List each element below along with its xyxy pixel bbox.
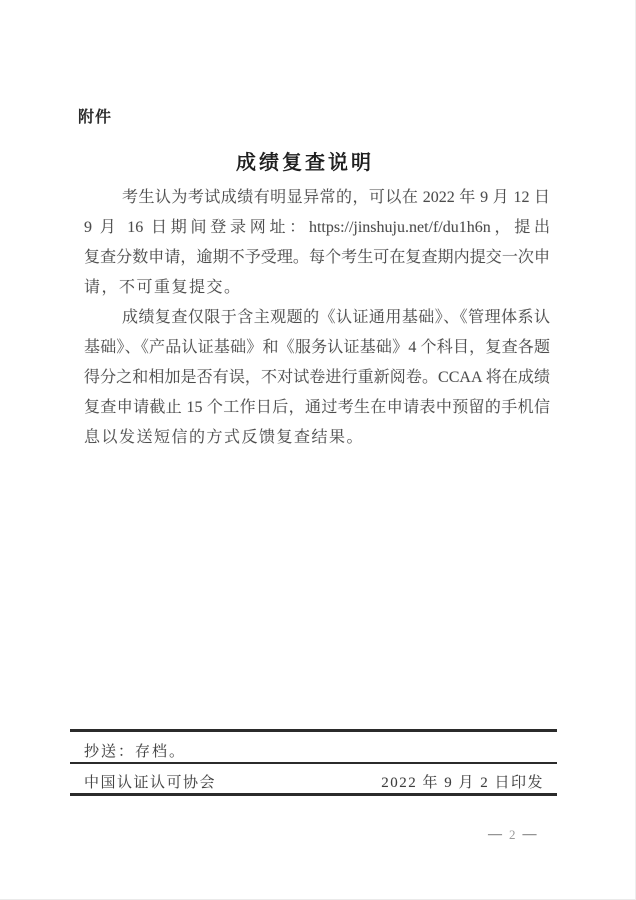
footer-rule-middle xyxy=(70,762,557,764)
attachment-label: 附件 xyxy=(78,104,112,127)
paragraph2-line5: 息以发送短信的方式反馈复查结果。 xyxy=(84,423,550,453)
paragraph2-line4: 复查申请截止 15 个工作日后，通过考生在申请表中预留的手机信 xyxy=(84,393,550,423)
footer-rule-bottom xyxy=(70,793,557,796)
page-number-dash-left: — xyxy=(488,826,502,844)
paragraph1-line1: 考生认为考试成绩有明显异常的，可以在 2022 年 9 月 12 日至 xyxy=(84,183,550,213)
paragraph1-line3: 复查分数申请，逾期不予受理。每个考生可在复查期内提交一次申 xyxy=(84,243,550,273)
cc-line: 抄送：存档。 xyxy=(84,740,186,761)
document-title: 成绩复查说明 xyxy=(0,146,610,175)
paragraph2-line2: 基础》、《产品认证基础》和《服务认证基础》4 个科目，复查各题 xyxy=(84,333,550,363)
paragraph1-line4: 请，不可重复提交。 xyxy=(84,273,550,303)
issuer-row: 中国认证认可协会 2022 年 9 月 2 日印发 xyxy=(84,771,544,792)
page-number-value: 2 xyxy=(509,826,516,844)
page-number-dash-right: — xyxy=(523,826,537,844)
paragraph2-line3: 得分之和相加是否有误，不对试卷进行重新阅卷。CCAA 将在成绩 xyxy=(84,363,550,393)
footer-rule-top xyxy=(70,729,557,732)
paragraph1-line2: 9 月 16 日期间登录网址：https://jinshuju.net/f/du… xyxy=(84,213,550,243)
scanned-document-page: 附件 成绩复查说明 考生认为考试成绩有明显异常的，可以在 2022 年 9 月 … xyxy=(0,0,636,900)
issuer-name: 中国认证认可协会 xyxy=(84,771,216,792)
document-body: 考生认为考试成绩有明显异常的，可以在 2022 年 9 月 12 日至 9 月 … xyxy=(84,183,550,453)
page-number: — 2 — xyxy=(488,826,537,844)
issue-date: 2022 年 9 月 2 日印发 xyxy=(381,771,544,792)
paragraph2-line1: 成绩复查仅限于含主观题的《认证通用基础》、《管理体系认证 xyxy=(84,303,550,333)
